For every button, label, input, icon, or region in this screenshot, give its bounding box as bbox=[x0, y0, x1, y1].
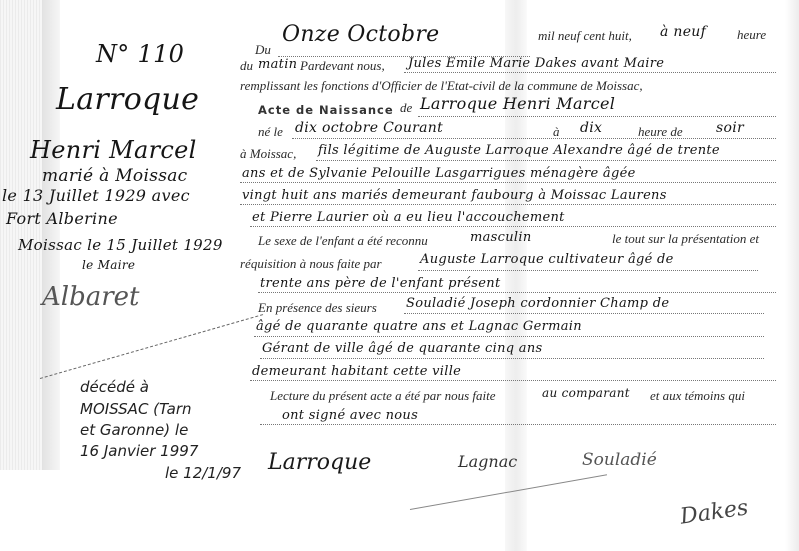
declarant: Auguste Larroque cultivateur âgé de bbox=[420, 252, 674, 267]
date-handwritten: Onze Octobre bbox=[282, 22, 439, 47]
page-edge bbox=[785, 0, 799, 551]
margin-given-names: Henri Marcel bbox=[30, 136, 197, 164]
mother-line: ans et de Sylvanie Pelouille Lasgarrigue… bbox=[242, 166, 636, 181]
witness-line-2: âgé de quarante quatre ans et Lagnac Ger… bbox=[256, 319, 582, 334]
declarant-relation: trente ans père de l'enfant présent bbox=[260, 276, 500, 291]
father-signature: Larroque bbox=[268, 450, 371, 475]
birth-date: dix octobre Courant bbox=[295, 120, 443, 136]
mayor-margin-signature: Albaret bbox=[42, 282, 140, 312]
hour-handwritten: à neuf bbox=[660, 24, 706, 40]
margin-surname: Larroque bbox=[56, 82, 199, 117]
signed-line: ont signé avec nous bbox=[282, 408, 418, 423]
act-title: Acte de Naissance bbox=[258, 103, 394, 117]
date-prefix: Du bbox=[255, 42, 271, 58]
birthplace-line: et Pierre Laurier où a eu lieu l'accouch… bbox=[252, 210, 565, 225]
witness2-signature: Souladié bbox=[582, 450, 657, 470]
child-sex: masculin bbox=[470, 230, 532, 245]
margin-diagonal-line bbox=[40, 314, 263, 379]
time-handwritten: matin bbox=[258, 57, 297, 72]
act-number: N° 110 bbox=[96, 40, 184, 68]
year-printed: mil neuf cent huit, bbox=[538, 28, 632, 44]
witness-2: Gérant de ville âgé de quarante cinq ans bbox=[262, 341, 543, 356]
birth-hour: dix bbox=[580, 120, 602, 136]
witness-1: Souladié Joseph cordonnier Champ de bbox=[406, 296, 669, 311]
birth-period: soir bbox=[716, 120, 744, 136]
residence-line: vingt huit ans mariés demeurant faubourg… bbox=[242, 188, 667, 203]
parentage-line: fils légitime de Auguste Larroque Alexan… bbox=[318, 143, 720, 158]
mayor-signature: Dakes bbox=[679, 495, 750, 529]
witness-residence: demeurant habitant cette ville bbox=[252, 364, 461, 379]
child-name: Larroque Henri Marcel bbox=[420, 94, 615, 113]
binding-shadow bbox=[42, 0, 60, 470]
witness1-signature: Lagnac bbox=[458, 452, 517, 471]
birth-certificate-page: N° 110 Larroque Henri Marcel marié à Moi… bbox=[0, 0, 799, 551]
officer-name: Jules Emile Marie Dakes avant Maire bbox=[408, 56, 664, 71]
binding-strip bbox=[0, 0, 42, 470]
